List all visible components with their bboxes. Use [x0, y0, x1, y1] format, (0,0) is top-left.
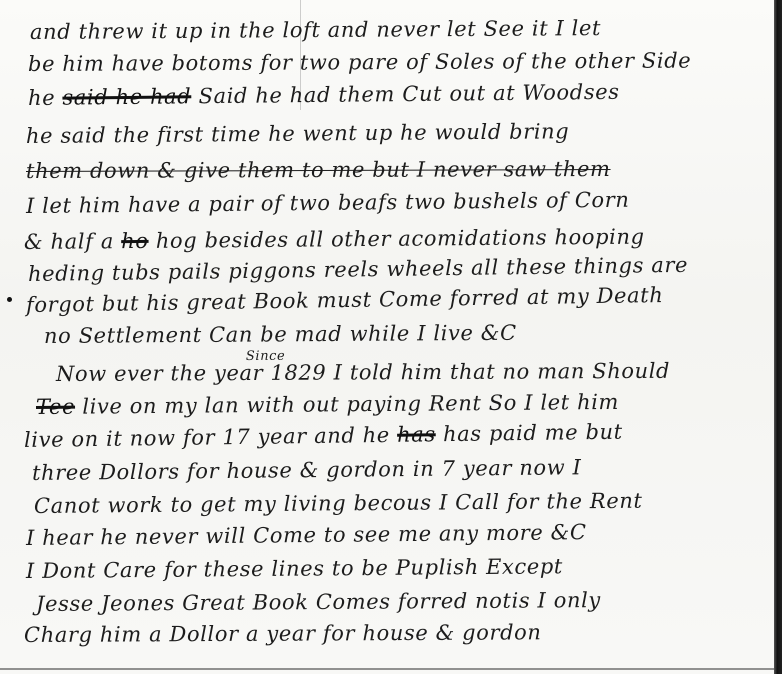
line-text: heding tubs pails piggons reels wheels a… [28, 253, 688, 286]
struck-text: said he had [62, 84, 191, 109]
line-text: live on my lan with out paying Rent So I… [75, 390, 619, 419]
letter-line: I hear he never will Come to see me any … [26, 520, 587, 550]
inserted-word: Since [246, 349, 285, 364]
letter-line: Since Now ever the year 1829 I told him … [56, 359, 670, 386]
line-text: and threw it up in the loft and never le… [30, 16, 601, 44]
struck-text: ho [121, 229, 149, 253]
line-text: them down & give them to me but I never … [26, 157, 611, 183]
letter-line: I Dont Care for these lines to be Puplis… [26, 554, 563, 583]
line-text: no Settlement Can be mad while I live &C [44, 321, 517, 348]
letter-line: be him have botoms for two pare of Soles… [28, 49, 691, 76]
letter-line: Charg him a Dollor a year for house & go… [24, 620, 542, 647]
scan-border [774, 0, 782, 674]
letter-line: & half a ho hog besides all other acomid… [24, 225, 645, 254]
line-text: three Dollors for house & gordon in 7 ye… [32, 455, 582, 485]
letter-line: three Dollors for house & gordon in 7 ye… [32, 455, 582, 485]
letter-line: he said the first time he went up he wou… [26, 119, 570, 148]
line-text: I hear he never will Come to see me any … [26, 520, 587, 550]
line-text: forgot but his great Book must Come forr… [26, 283, 664, 317]
page-bottom-edge [0, 668, 774, 670]
letter-line: forgot but his great Book must Come forr… [26, 283, 664, 317]
letter-line: live on it now for 17 year and he has ha… [24, 420, 623, 452]
letter-line: them down & give them to me but I never … [26, 157, 611, 183]
ink-dot-icon [7, 297, 12, 302]
struck-text: Tee [36, 395, 75, 419]
line-text: Charg him a Dollor a year for house & go… [24, 620, 542, 647]
line-text: he [28, 86, 63, 110]
letter-line: no Settlement Can be mad while I live &C [44, 321, 517, 348]
line-text: has paid me but [436, 420, 623, 447]
letter-page: and threw it up in the loft and never le… [0, 0, 774, 674]
line-text: Now ever the year 1829 I told him that n… [56, 359, 670, 386]
line-text: Said he had them Cut out at Woodses [191, 80, 620, 108]
line-text: hog besides all other acomidations hoopi… [148, 225, 644, 253]
line-text: I let him have a pair of two beafs two b… [26, 188, 630, 218]
letter-line: and threw it up in the loft and never le… [30, 16, 601, 44]
line-text: I Dont Care for these lines to be Puplis… [26, 554, 563, 583]
letter-line: I let him have a pair of two beafs two b… [26, 188, 630, 218]
line-text: Canot work to get my living becous I Cal… [34, 489, 643, 518]
line-text: he said the first time he went up he wou… [26, 119, 570, 148]
line-text: live on it now for 17 year and he [24, 423, 397, 452]
line-text: be him have botoms for two pare of Soles… [28, 49, 691, 76]
letter-line: Canot work to get my living becous I Cal… [34, 489, 643, 518]
line-text: & half a [24, 229, 121, 254]
letter-line: heding tubs pails piggons reels wheels a… [28, 253, 688, 286]
struck-text: has [397, 422, 436, 447]
letter-line: Tee live on my lan with out paying Rent … [36, 390, 619, 419]
letter-line: Jesse Jeones Great Book Comes forred not… [36, 588, 601, 616]
letter-line: he said he had Said he had them Cut out … [28, 80, 620, 110]
line-text: Jesse Jeones Great Book Comes forred not… [36, 588, 601, 616]
